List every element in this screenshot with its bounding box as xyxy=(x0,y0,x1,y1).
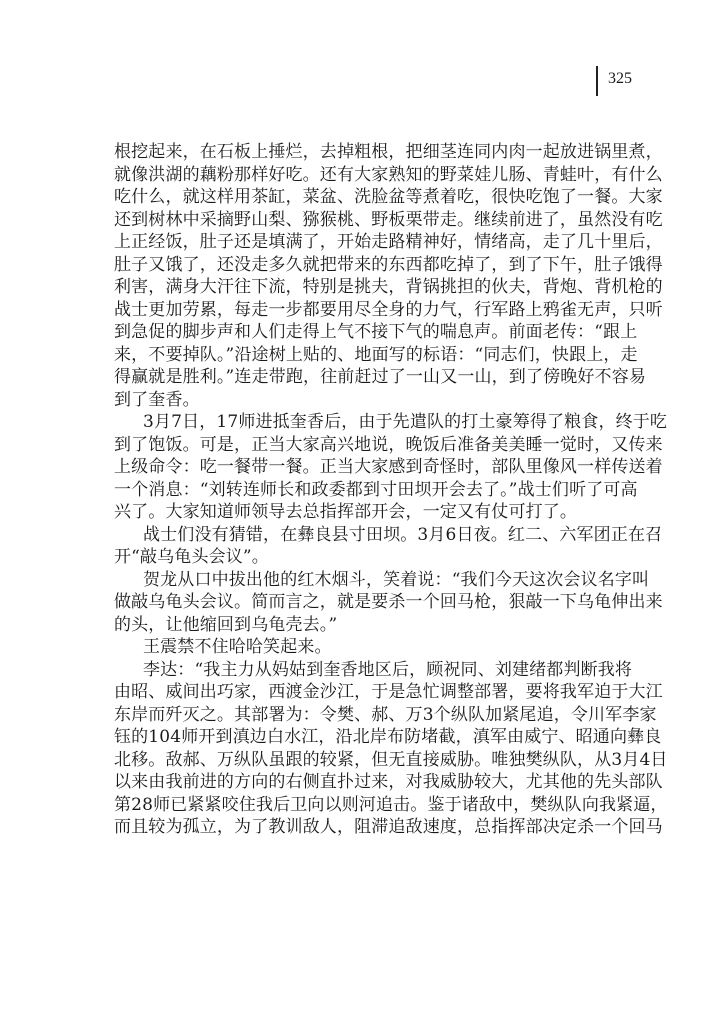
text-line: 李达：“我主力从妈姑到奎香地区后，顾祝同、刘建绪都判断我将 xyxy=(114,659,628,682)
text-line: 东岸而歼灭之。其部署为：令樊、郝、万3个纵队加紧尾追，令川军李家 xyxy=(114,704,628,727)
text-line: 钰的104师开到滇边白水江，沿北岸布防堵截，滇军由威宁、昭通向彝良 xyxy=(114,726,628,749)
text-line: 利害，满身大汗往下流，特别是挑夫，背锅挑担的伙夫，背炮、背机枪的 xyxy=(114,276,628,299)
text-line: 到急促的脚步声和人们走得上气不接下气的喘息声。前面老传：“跟上 xyxy=(114,321,628,344)
text-line: 战士们没有猜错，在彝良县寸田坝。3月6日夜。红二、六军团正在召 xyxy=(114,524,628,547)
text-line: 王震禁不住哈哈笑起来。 xyxy=(114,636,628,659)
text-line: 肚子又饿了，还没走多久就把带来的东西都吃掉了，到了下午，肚子饿得 xyxy=(114,254,628,277)
text-line: 北移。敌郝、万纵队虽跟的较紧，但无直接威胁。唯独樊纵队，从3月4日 xyxy=(114,749,628,772)
text-line: 根挖起来，在石板上捶烂，去掉粗根，把细茎连同内肉一起放进锅里煮， xyxy=(114,141,628,164)
text-line: 以来由我前进的方向的右侧直扑过来，对我威胁较大，尤其他的先头部队 xyxy=(114,771,628,794)
text-line: 做敲乌龟头会议。简而言之，就是要杀一个回马枪，狠敲一下乌龟伸出来 xyxy=(114,591,628,614)
text-line: 得赢就是胜利。”连走带跑，往前赶过了一山又一山，到了傍晚好不容易 xyxy=(114,366,628,389)
text-line: 就像洪湖的藕粉那样好吃。还有大家熟知的野菜娃儿肠、青蛙叶，有什么 xyxy=(114,164,628,187)
text-line: 来，不要掉队。”沿途树上贴的、地面写的标语：“同志们，快跟上，走 xyxy=(114,344,628,367)
text-line: 还到树林中采摘野山梨、猕猴桃、野板栗带走。继续前进了，虽然没有吃 xyxy=(114,209,628,232)
text-line: 到了奎香。 xyxy=(114,389,628,412)
text-line: 3月7日，17师进抵奎香后，由于先遣队的打土豪筹得了粮食，终于吃 xyxy=(114,411,628,434)
text-line: 由昭、威间出巧家，西渡金沙江，于是急忙调整部署，要将我军迫于大江 xyxy=(114,681,628,704)
body-text: 根挖起来，在石板上捶烂，去掉粗根，把细茎连同内肉一起放进锅里煮，就像洪湖的藕粉那… xyxy=(114,141,628,839)
text-line: 开“敲乌龟头会议”。 xyxy=(114,546,628,569)
text-line: 兴了。大家知道师领导去总指挥部开会，一定又有仗可打了。 xyxy=(114,501,628,524)
text-line: 上正经饭，肚子还是填满了，开始走路精神好，情绪高，走了几十里后， xyxy=(114,231,628,254)
text-line: 第28师已紧紧咬住我后卫向以则河追击。鉴于诸敌中，樊纵队向我紧逼， xyxy=(114,794,628,817)
page-number: 325 xyxy=(608,70,632,88)
header-rule xyxy=(596,66,598,96)
text-line: 上级命令：吃一餐带一餐。正当大家感到奇怪时，部队里像风一样传送着 xyxy=(114,456,628,479)
text-line: 到了饱饭。可是，正当大家高兴地说，晚饭后准备美美睡一觉时，又传来 xyxy=(114,434,628,457)
text-line: 一个消息：“刘转连师长和政委都到寸田坝开会去了。”战士们听了可高 xyxy=(114,479,628,502)
text-line: 贺龙从口中拔出他的红木烟斗，笑着说：“我们今天这次会议名字叫 xyxy=(114,569,628,592)
text-line: 的头，让他缩回到乌龟壳去。” xyxy=(114,614,628,637)
text-line: 吃什么，就这样用茶缸，菜盆、洗脸盆等煮着吃，很快吃饱了一餐。大家 xyxy=(114,186,628,209)
text-line: 战士更加劳累，每走一步都要用尽全身的力气，行军路上鸦雀无声，只听 xyxy=(114,299,628,322)
text-line: 而且较为孤立，为了教训敌人，阻滞追敌速度，总指挥部决定杀一个回马 xyxy=(114,816,628,839)
